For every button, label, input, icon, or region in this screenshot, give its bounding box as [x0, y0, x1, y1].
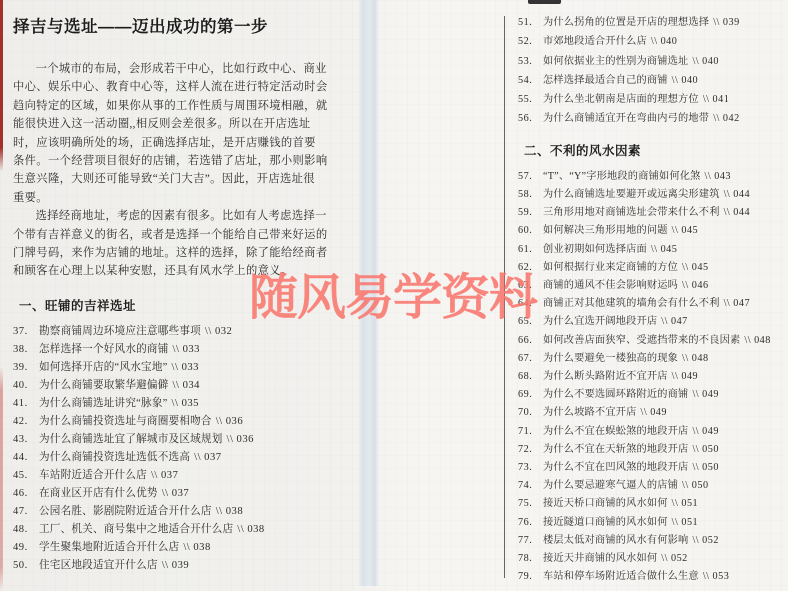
toc-item-page: \\ 037 [194, 452, 221, 463]
toc-item: 62.如何根据行业来定商铺的方位\\ 045 [518, 259, 780, 277]
chapter-title: 择吉与选址——迈出成功的第一步 [13, 14, 349, 40]
toc-item-page: \\ 033 [173, 344, 200, 355]
toc-item: 77.楼层太低对商铺的风水有何影响\\ 052 [518, 532, 780, 550]
toc-item-page: \\ 050 [692, 462, 719, 473]
toc-item-title: 为什么坐北朝南是店面的理想方位 [543, 94, 699, 105]
toc-item-title: 为什么不宜在天斩煞的地段开店 [543, 444, 688, 455]
intro-paragraphs: 一个城市的布局，会形成若干中心，比如行政中心、商业 中心、娱乐中心、教育中心等，… [13, 60, 349, 281]
toc-item-page: \\ 037 [151, 470, 178, 481]
toc-item-page: \\ 045 [651, 244, 678, 255]
toc-item-page: \\ 050 [692, 444, 719, 455]
toc-item: 45.车站附近适合开什么店\\ 037 [13, 467, 349, 485]
toc-item-number: 75. [518, 495, 543, 513]
toc-item-title: 为什么断头路附近不宜开店 [543, 371, 668, 382]
toc-item-title: 在商业区开店有什么优势 [39, 488, 158, 499]
toc-item-number: 44. [13, 449, 39, 467]
toc-item: 44.为什么商铺投资选址选低不选高\\ 037 [13, 449, 349, 467]
toc-item-page: \\ 037 [162, 488, 189, 499]
toc-item-page: \\ 043 [705, 171, 732, 182]
toc-item-page: \\ 051 [672, 498, 699, 509]
toc-item-title: 商铺正对其他建筑的墙角会有什么不利 [543, 298, 720, 309]
toc-item: 75.接近天桥口商铺的风水如何\\ 051 [518, 495, 780, 513]
toc-item-title: 如何选择开店的“风水宝地” [39, 362, 168, 373]
toc-item-number: 37. [13, 323, 39, 341]
section-heading-1: 一、旺铺的吉祥选址 [19, 298, 349, 315]
toc-item-page: \\ 041 [703, 94, 730, 105]
toc-item-page: \\ 049 [641, 407, 668, 418]
toc-item-title: 接近天桥口商铺的风水如何 [543, 498, 668, 509]
toc-item-number: 67. [518, 350, 543, 368]
toc-item-number: 62. [518, 259, 543, 277]
toc-item-title: 车站附近适合开什么店 [39, 470, 147, 481]
toc-item-number: 71. [518, 423, 543, 441]
toc-item: 38.怎样选择一个好风水的商铺\\ 033 [13, 341, 349, 359]
toc-item-page: \\ 038 [183, 542, 210, 553]
paragraph: 选择经商地址，考虑的因素有很多。比如有人考虑选择一 个带有吉祥意义的街名，或者是… [13, 207, 349, 281]
toc-item-number: 47. [13, 503, 39, 521]
toc-item-title: 为什么商铺选址要避开或远离尖形建筑 [543, 189, 720, 200]
toc-item: 53.如何依据业主的性别为商铺选址\\ 040 [518, 52, 780, 71]
toc-item: 72.为什么不宜在天斩煞的地段开店\\ 050 [518, 441, 780, 459]
toc-item-number: 68. [518, 368, 543, 386]
toc-item: 41.为什么商铺选址讲究“脉象”\\ 035 [13, 395, 349, 413]
toc-item-number: 64. [518, 295, 543, 313]
toc-item-number: 78. [518, 550, 543, 568]
toc-item: 52.市郊地段适合开什么店\\ 040 [518, 32, 780, 51]
toc-item-number: 49. [13, 539, 39, 557]
toc-item-title: 怎样选择最适合自己的商铺 [543, 75, 668, 86]
toc-item-page: \\ 039 [713, 17, 740, 28]
toc-item-title: 怎样选择一个好风水的商铺 [39, 344, 169, 355]
toc-item-page: \\ 042 [713, 113, 740, 124]
toc-item-page: \\ 040 [672, 75, 699, 86]
toc-item-title: 接近隧道口商铺的风水如何 [543, 517, 668, 528]
paragraph: 一个城市的布局，会形成若干中心，比如行政中心、商业 中心、娱乐中心、教育中心等，… [13, 60, 349, 207]
toc-item-page: \\ 049 [672, 371, 699, 382]
toc-item-number: 79. [518, 568, 543, 586]
toc-item-page: \\ 047 [661, 316, 688, 327]
toc-item: 79.车站和停车场附近适合做什么生意\\ 053 [518, 568, 780, 586]
toc-item: 66.如何改善店面狭窄、受遮挡带来的不良因素\\ 048 [518, 332, 780, 350]
toc-item-page: \\ 034 [173, 380, 200, 391]
toc-item-number: 70. [518, 404, 543, 422]
toc-item-number: 54. [518, 71, 543, 90]
toc-item: 61.创业初期如何选择店面\\ 045 [518, 241, 780, 259]
toc-item-title: 三角形用地对商铺选址会带来什么不利 [543, 207, 720, 218]
toc-item-number: 66. [518, 332, 543, 350]
toc-item-title: 车站和停车场附近适合做什么生意 [543, 571, 699, 582]
toc-item-title: 如何根据行业来定商铺的方位 [543, 262, 678, 273]
toc-item-title: 勘察商铺周边环境应注意哪些事项 [39, 326, 201, 337]
toc-item: 40.为什么商铺要取繁华避偏僻\\ 034 [13, 377, 349, 395]
right-page-column: 51.为什么拐角的位置是开店的理想选择\\ 03952.市郊地段适合开什么店\\… [518, 0, 780, 586]
toc-item-number: 40. [13, 377, 39, 395]
toc-item-number: 63. [518, 277, 543, 295]
toc-item: 49.学生聚集地附近适合开什么店\\ 038 [13, 539, 349, 557]
toc-list-right-top: 51.为什么拐角的位置是开店的理想选择\\ 03952.市郊地段适合开什么店\\… [518, 0, 780, 129]
toc-item-number: 45. [13, 467, 39, 485]
toc-item-number: 72. [518, 441, 543, 459]
toc-item: 51.为什么拐角的位置是开店的理想选择\\ 039 [518, 13, 780, 32]
toc-item-title: 为什么不宜在凹风煞的地段开店 [543, 462, 688, 473]
toc-item-number: 38. [13, 341, 39, 359]
toc-item: 65.为什么宜选开阔地段开店\\ 047 [518, 313, 780, 331]
toc-item-page: \\ 049 [692, 389, 719, 400]
toc-item-page: \\ 051 [672, 517, 699, 528]
toc-item: 74.为什么要忌避寒气逼人的店铺\\ 050 [518, 477, 780, 495]
toc-item-title: 为什么要避免一楼独高的现象 [543, 353, 678, 364]
toc-item-number: 58. [518, 186, 543, 204]
toc-item-title: 为什么商铺要取繁华避偏僻 [39, 380, 169, 391]
toc-item-number: 57. [518, 168, 543, 186]
toc-item-page: \\ 053 [703, 571, 730, 582]
toc-item-title: 为什么商铺选址讲究“脉象” [39, 398, 168, 409]
toc-item-title: 为什么商铺投资选址与商圈要相吻合 [39, 416, 212, 427]
toc-item: 57.“T”、“Y”字形地段的商铺如何化煞\\ 043 [518, 168, 780, 186]
toc-item-title: 为什么要忌避寒气逼人的店铺 [543, 480, 678, 491]
toc-item-title: 如何改善店面狭窄、受遮挡带来的不良因素 [543, 335, 740, 346]
toc-item-title: 为什么宜选开阔地段开店 [543, 316, 657, 327]
toc-item: 78.接近天井商铺的风水如何\\ 052 [518, 550, 780, 568]
toc-item-title: 市郊地段适合开什么店 [543, 36, 647, 47]
toc-list-right-bottom: 57.“T”、“Y”字形地段的商铺如何化煞\\ 04358.为什么商铺选址要避开… [518, 168, 780, 587]
page-divider-line [504, 16, 505, 578]
toc-item-page: \\ 040 [692, 56, 719, 67]
toc-item-title: 楼层太低对商铺的风水有何影响 [543, 535, 688, 546]
toc-item: 63.商铺的通风不佳会影响财运吗\\ 046 [518, 277, 780, 295]
toc-item-number: 76. [518, 514, 543, 532]
toc-item-title: 如何依据业主的性别为商铺选址 [543, 56, 688, 67]
toc-item-page: \\ 052 [661, 553, 688, 564]
toc-item-number: 61. [518, 241, 543, 259]
toc-item-number: 42. [13, 413, 39, 431]
toc-item: 56.为什么商铺适宜开在弯曲内弓的地带\\ 042 [518, 109, 780, 128]
toc-item: 55.为什么坐北朝南是店面的理想方位\\ 041 [518, 90, 780, 109]
toc-item-page: \\ 036 [216, 416, 243, 427]
toc-item-page: \\ 052 [692, 535, 719, 546]
toc-item-page: \\ 032 [205, 326, 232, 337]
toc-item-page: \\ 049 [692, 426, 719, 437]
toc-item-page: \\ 048 [744, 335, 771, 346]
toc-item: 76.接近隧道口商铺的风水如何\\ 051 [518, 514, 780, 532]
toc-item: 43.为什么商铺选址宜了解城市及区域规划\\ 036 [13, 431, 349, 449]
toc-item: 70.为什么坡路不宜开店\\ 049 [518, 404, 780, 422]
left-page-column: 择吉与选址——迈出成功的第一步 一个城市的布局，会形成若干中心，比如行政中心、商… [13, 14, 349, 575]
toc-item: 73.为什么不宜在凹风煞的地段开店\\ 050 [518, 459, 780, 477]
toc-item-page: \\ 046 [682, 280, 709, 291]
toc-list-left: 37.勘察商铺周边环境应注意哪些事项\\ 03238.怎样选择一个好风水的商铺\… [13, 323, 349, 575]
toc-item-number: 77. [518, 532, 543, 550]
toc-item: 64.商铺正对其他建筑的墙角会有什么不利\\ 047 [518, 295, 780, 313]
toc-item-title: 接近天井商铺的风水如何 [543, 553, 657, 564]
toc-item-title: 创业初期如何选择店面 [543, 244, 647, 255]
toc-item-page: \\ 038 [216, 506, 243, 517]
toc-item-number: 73. [518, 459, 543, 477]
toc-item: 71.为什么不宜在蜈蚣煞的地段开店\\ 049 [518, 423, 780, 441]
toc-item-number: 39. [13, 359, 39, 377]
toc-item-page: \\ 048 [682, 353, 709, 364]
toc-item-title: 商铺的通风不佳会影响财运吗 [543, 280, 678, 291]
toc-item-title: 如何解决三角形用地的问题 [543, 225, 668, 236]
toc-item-number: 41. [13, 395, 39, 413]
toc-item-title: 为什么不宜在蜈蚣煞的地段开店 [543, 426, 688, 437]
toc-item: 47.公园名胜、影剧院附近适合开什么店\\ 038 [13, 503, 349, 521]
toc-item-page: \\ 038 [237, 524, 264, 535]
toc-item-title: 学生聚集地附近适合开什么店 [39, 542, 179, 553]
toc-item-number: 59. [518, 204, 543, 222]
toc-item: 69.为什么不要选圆环路附近的商铺\\ 049 [518, 386, 780, 404]
toc-item-page: \\ 039 [162, 560, 189, 571]
toc-item-page: \\ 045 [672, 225, 699, 236]
toc-item-number: 43. [13, 431, 39, 449]
toc-item-title: 工厂、机关、商号集中之地适合开什么店 [39, 524, 233, 535]
toc-item-number: 65. [518, 313, 543, 331]
toc-item: 37.勘察商铺周边环境应注意哪些事项\\ 032 [13, 323, 349, 341]
toc-item-title: 为什么坡路不宜开店 [543, 407, 637, 418]
toc-item-number: 74. [518, 477, 543, 495]
toc-item-page: \\ 044 [724, 189, 751, 200]
toc-item-number: 50. [13, 557, 39, 575]
toc-item-number: 56. [518, 109, 543, 128]
toc-item-number: 46. [13, 485, 39, 503]
toc-item-page: \\ 047 [724, 298, 751, 309]
toc-item-number: 52. [518, 32, 543, 51]
toc-item-page: \\ 040 [651, 36, 678, 47]
toc-item-title: 为什么商铺选址宜了解城市及区域规划 [39, 434, 223, 445]
toc-item-page: \\ 044 [724, 207, 751, 218]
toc-item: 58.为什么商铺选址要避开或远离尖形建筑\\ 044 [518, 186, 780, 204]
toc-item-number: 53. [518, 52, 543, 71]
toc-item-page: \\ 045 [682, 262, 709, 273]
toc-item: 42.为什么商铺投资选址与商圈要相吻合\\ 036 [13, 413, 349, 431]
toc-item-page: \\ 036 [227, 434, 254, 445]
toc-item-title: 为什么不要选圆环路附近的商铺 [543, 389, 688, 400]
toc-item: 68.为什么断头路附近不宜开店\\ 049 [518, 368, 780, 386]
toc-item-title: 为什么拐角的位置是开店的理想选择 [543, 17, 709, 28]
toc-item-title: 为什么商铺投资选址选低不选高 [39, 452, 190, 463]
toc-item-title: 公园名胜、影剧院附近适合开什么店 [39, 506, 212, 517]
toc-item: 39.如何选择开店的“风水宝地”\\ 033 [13, 359, 349, 377]
scanned-book-page: 择吉与选址——迈出成功的第一步 一个城市的布局，会形成若干中心，比如行政中心、商… [0, 0, 788, 591]
toc-item-title: “T”、“Y”字形地段的商铺如何化煞 [543, 171, 701, 182]
toc-item-number: 51. [518, 13, 543, 32]
toc-item-page: \\ 033 [172, 362, 199, 373]
toc-item: 67.为什么要避免一楼独高的现象\\ 048 [518, 350, 780, 368]
section-heading-2: 二、不利的风水因素 [524, 143, 780, 160]
page-gutter-shadow [358, 0, 379, 586]
toc-item: 59.三角形用地对商铺选址会带来什么不利\\ 044 [518, 204, 780, 222]
toc-item: 50.住宅区地段适宜开什么店\\ 039 [13, 557, 349, 575]
toc-item-number: 69. [518, 386, 543, 404]
toc-item-number: 48. [13, 521, 39, 539]
toc-item: 54.怎样选择最适合自己的商铺\\ 040 [518, 71, 780, 90]
toc-item-page: \\ 050 [682, 480, 709, 491]
toc-item-page: \\ 035 [172, 398, 199, 409]
toc-item: 60.如何解决三角形用地的问题\\ 045 [518, 222, 780, 240]
toc-item-title: 住宅区地段适宜开什么店 [39, 560, 158, 571]
toc-item-title: 为什么商铺适宜开在弯曲内弓的地带 [543, 113, 709, 124]
toc-item: 48.工厂、机关、商号集中之地适合开什么店\\ 038 [13, 521, 349, 539]
toc-item: 46.在商业区开店有什么优势\\ 037 [13, 485, 349, 503]
red-page-edge [0, 0, 3, 591]
toc-item-number: 60. [518, 222, 543, 240]
toc-item-number: 55. [518, 90, 543, 109]
